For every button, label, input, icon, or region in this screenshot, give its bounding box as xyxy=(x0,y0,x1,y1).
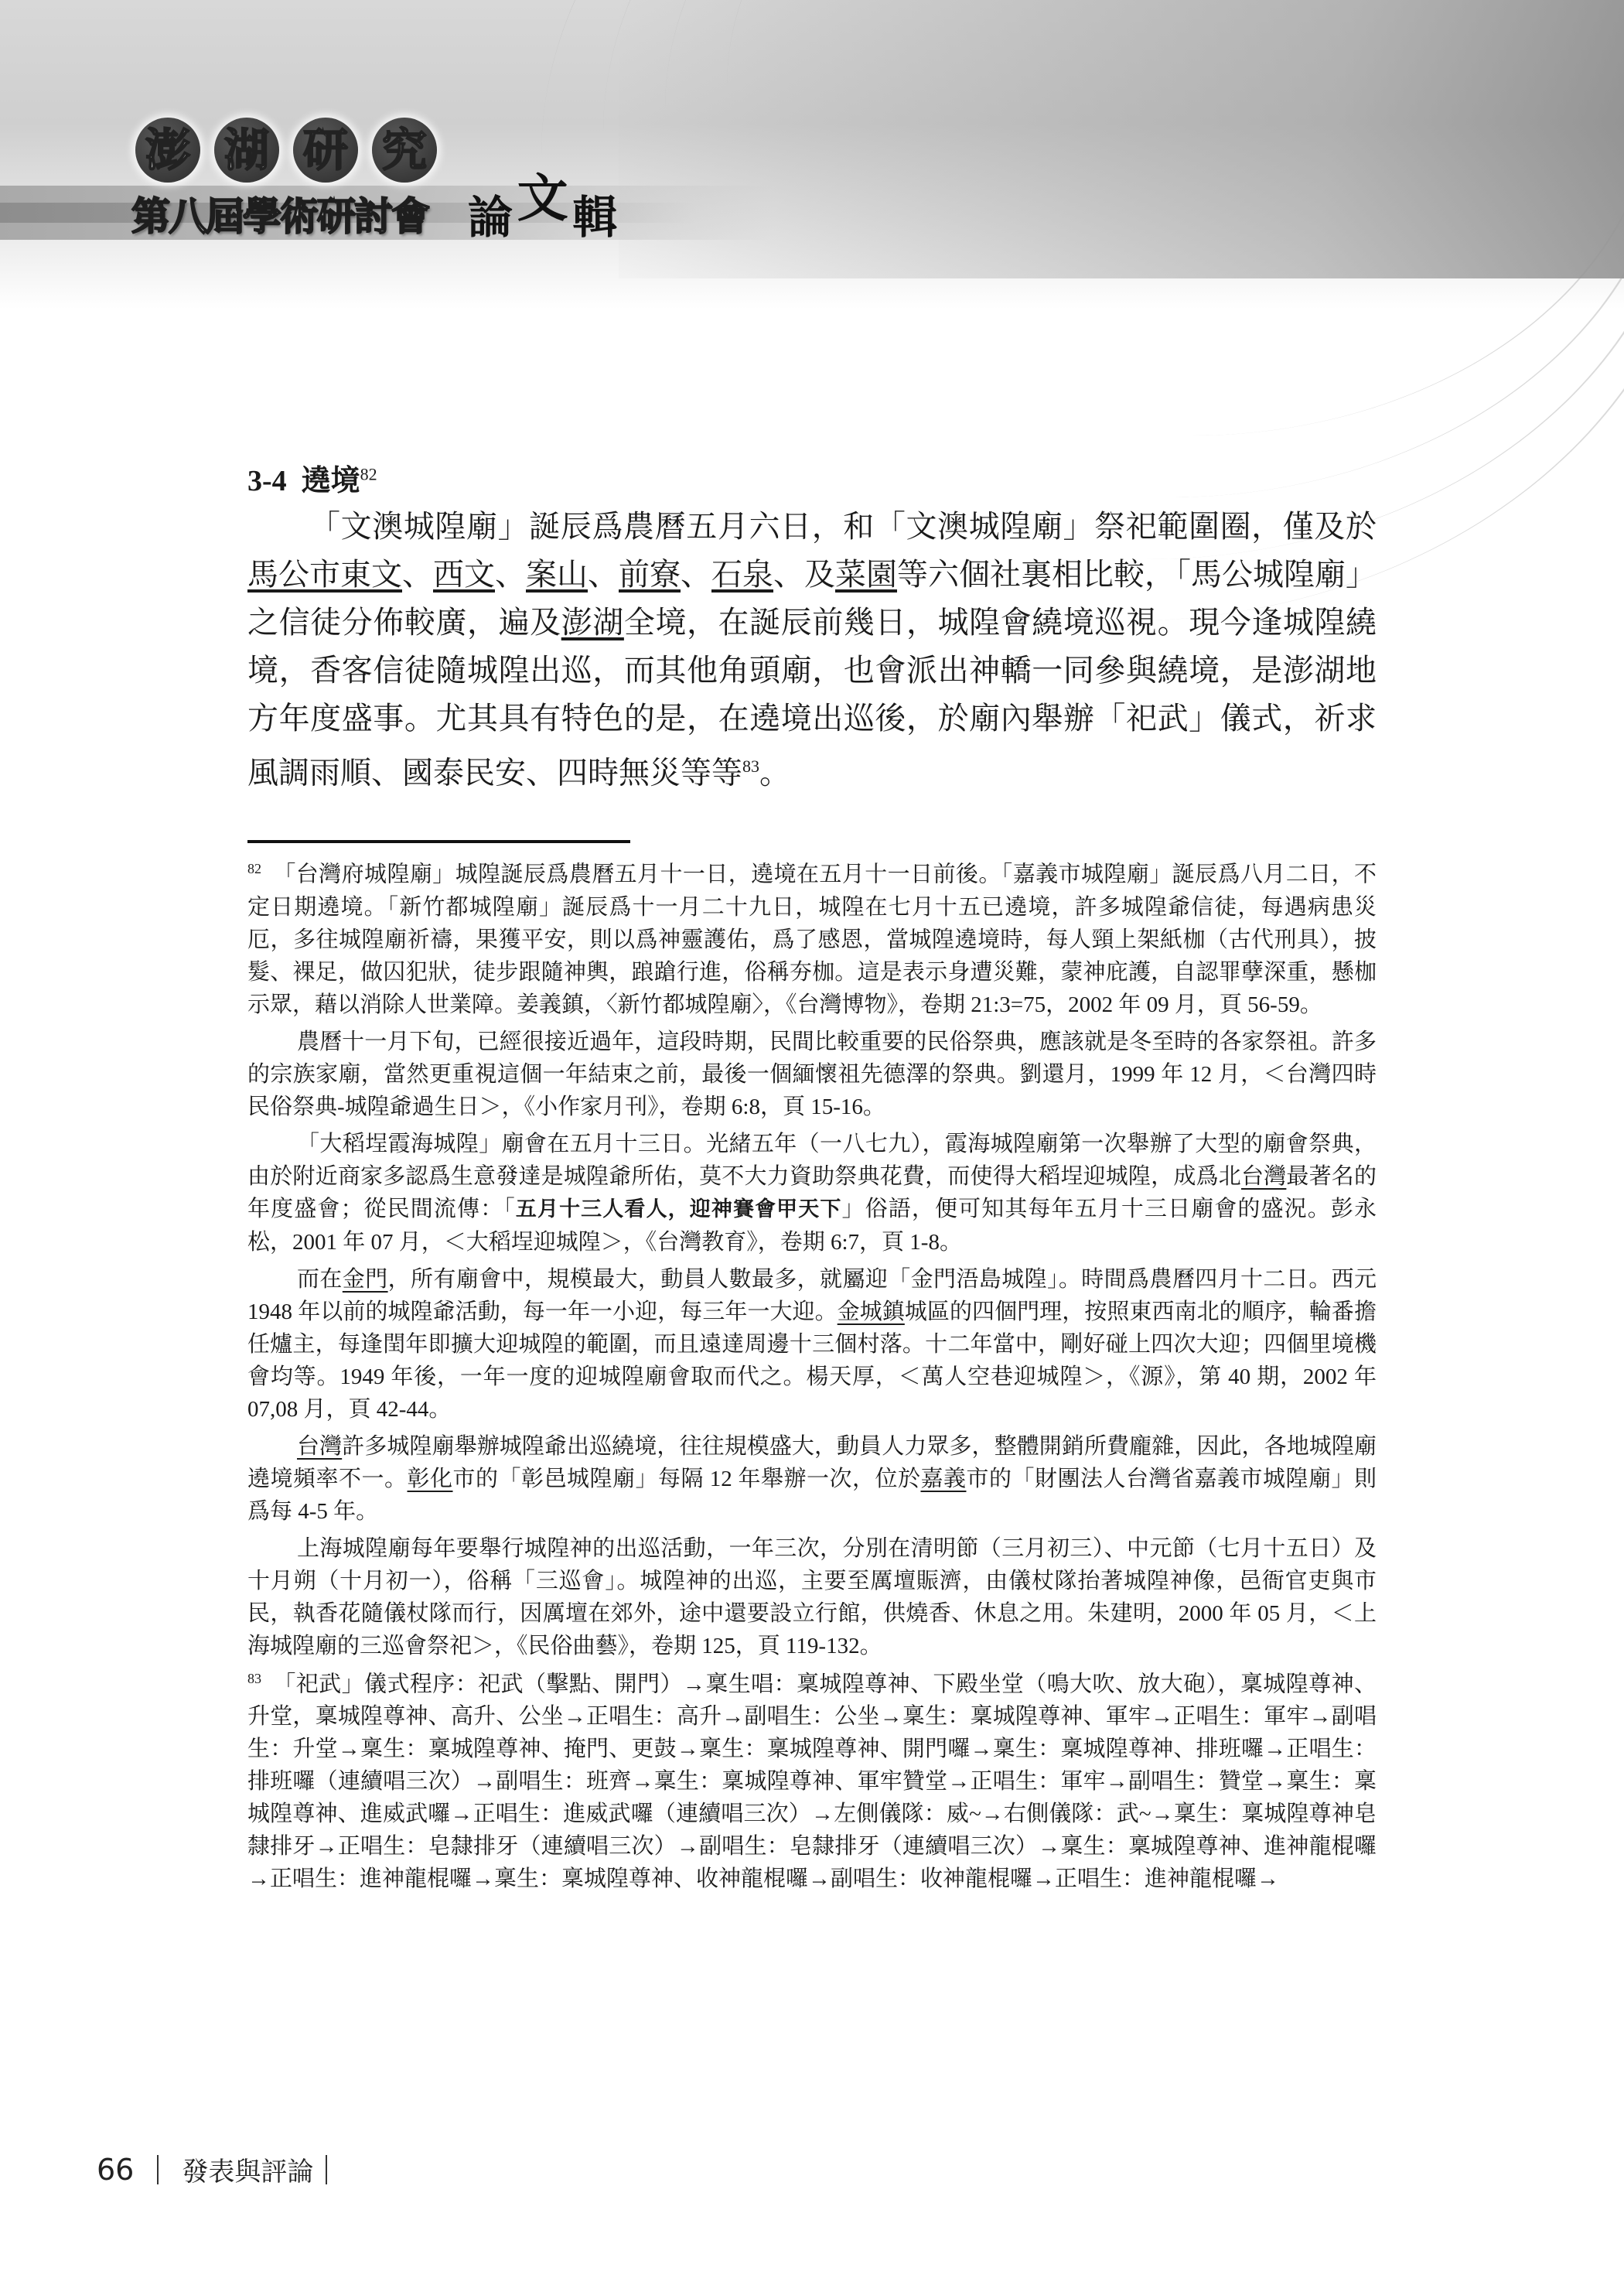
place-name: 菜園 xyxy=(835,557,897,592)
title-circle: 究 xyxy=(372,118,437,183)
footnote-ref[interactable]: 83 xyxy=(742,756,759,776)
proceedings-label: 論 文 輯 xyxy=(468,174,617,248)
section-title: 遶境 xyxy=(302,465,360,497)
place-name: 石泉 xyxy=(711,557,773,592)
text: 、 xyxy=(681,557,711,592)
footnote-text: 而在 xyxy=(297,1267,343,1292)
footnote-82: 82 「台灣府城隍廟」城隍誕辰爲農曆五月十一日，遶境在五月十一日前後。「嘉義市城… xyxy=(247,852,1377,1021)
footnote-number: 83 xyxy=(247,1671,261,1686)
place-name: 金城鎮 xyxy=(838,1300,905,1324)
place-name: 台灣 xyxy=(1241,1164,1286,1189)
footnote-divider xyxy=(247,840,630,843)
text: 、及 xyxy=(773,557,835,592)
text: 、 xyxy=(495,557,526,592)
footnote-text: 市的「彰邑城隍廟」每隔 12 年舉辦一次，位於 xyxy=(453,1467,921,1491)
place-name: 前寮 xyxy=(619,557,681,592)
place-name: 西文 xyxy=(433,557,495,592)
footnote-text: 農曆十一月下旬，已經很接近過年，這段時期，民間比較重要的民俗祭典，應該就是冬至時… xyxy=(247,1030,1377,1119)
place-name: 澎湖 xyxy=(561,605,624,640)
section-heading: 3-4 遶境82 xyxy=(247,456,377,499)
footnote-text: 上海城隍廟每年要舉行城隍神的出巡活動，一年三次，分別在清明節（三月初三）、中元節… xyxy=(247,1536,1377,1658)
footnote-text: 「台灣府城隍廟」城隍誕辰爲農曆五月十一日，遶境在五月十一日前後。「嘉義市城隍廟」… xyxy=(247,862,1377,1017)
title-circle: 研 xyxy=(293,118,358,183)
text: 、 xyxy=(588,557,619,592)
footnote-text: 「祀武」儀式程序：祀武（擊點、開門）→稟生唱：稟城隍尊神、下殿坐堂（鳴大吹、放大… xyxy=(247,1672,1377,1891)
title-circle: 澎 xyxy=(135,118,200,183)
page-header-banner: 澎 湖 研 究 第八屆學術研討會 論 文 輯 xyxy=(0,0,1624,309)
footnote-82-paragraph: 而在金門，所有廟會中，規模最大，動員人數最多，就屬迎「金門浯島城隍」。時間爲農曆… xyxy=(247,1263,1377,1426)
title-circle: 湖 xyxy=(214,118,279,183)
place-name: 彰化 xyxy=(408,1467,453,1491)
text: 、 xyxy=(402,557,433,592)
proverb-quote: 五月十三人看人，迎神賽會甲天下 xyxy=(516,1197,842,1221)
place-name: 台灣 xyxy=(297,1434,342,1459)
footnote-82-paragraph: 農曆十一月下旬，已經很接近過年，這段時期，民間比較重要的民俗祭典，應該就是冬至時… xyxy=(247,1026,1377,1123)
footnote-82-paragraph: 台灣許多城隍廟舉辦城隍爺出巡繞境，往往規模盛大，動員人力眾多，整體開銷所費龐雜，… xyxy=(247,1430,1377,1528)
place-name: 案山 xyxy=(526,557,588,592)
proceedings-char: 輯 xyxy=(572,181,617,246)
footnotes: 82 「台灣府城隍廟」城隍誕辰爲農曆五月十一日，遶境在五月十一日前後。「嘉義市城… xyxy=(247,852,1377,1895)
footnote-82-paragraph: 「大稻埕霞海城隍」廟會在五月十三日。光緒五年（一八七九），霞海城隍廟第一次舉辦了… xyxy=(247,1128,1377,1259)
footer-divider xyxy=(157,2155,159,2184)
page-number: 66 xyxy=(97,2153,134,2187)
section-number: 3-4 xyxy=(247,465,287,497)
proceedings-char: 論 xyxy=(468,181,513,246)
footnote-text: 「大稻埕霞海城隍」廟會在五月十三日。光緒五年（一八七九），霞海城隍廟第一次舉辦了… xyxy=(247,1132,1377,1189)
text: 「文澳城隍廟」誕辰爲農曆五月六日，和「文澳城隍廟」祭祀範圍圈，僅及於 xyxy=(309,509,1377,544)
page-footer: 66 發表與評論 xyxy=(97,2150,327,2188)
journal-title-circles: 澎 湖 研 究 xyxy=(135,118,437,183)
footnote-ref[interactable]: 82 xyxy=(360,464,377,483)
footer-divider xyxy=(326,2155,327,2184)
footer-section-label: 發表與評論 xyxy=(182,2150,313,2188)
body-paragraph: 「文澳城隍廟」誕辰爲農曆五月六日，和「文澳城隍廟」祭祀範圍圈，僅及於馬公市東文、… xyxy=(247,503,1377,797)
conference-subtitle: 第八屆學術研討會 xyxy=(131,186,428,241)
text: 。 xyxy=(759,755,790,790)
footnote-number: 82 xyxy=(247,861,261,876)
place-name: 嘉義 xyxy=(920,1467,966,1491)
place-name: 金門 xyxy=(343,1267,388,1292)
proceedings-char: 文 xyxy=(517,157,568,231)
place-name: 馬公市東文 xyxy=(247,557,402,592)
footnote-83: 83 「祀武」儀式程序：祀武（擊點、開門）→稟生唱：稟城隍尊神、下殿坐堂（鳴大吹… xyxy=(247,1662,1377,1896)
footnote-82-paragraph: 上海城隍廟每年要舉行城隍神的出巡活動，一年三次，分別在清明節（三月初三）、中元節… xyxy=(247,1532,1377,1662)
